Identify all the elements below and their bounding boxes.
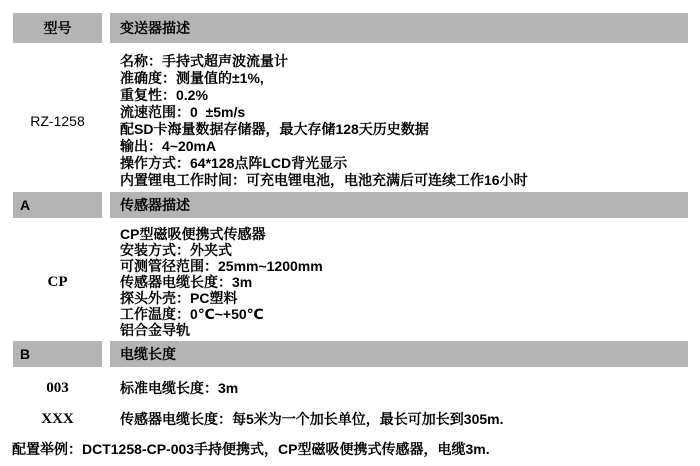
transmitter-desc-line: 流速范围：0 ±5m/s [120, 104, 688, 121]
transmitter-model: RZ-1258 [30, 113, 84, 129]
transmitter-desc-cell: 名称：手持式超声波流量计 准确度：测量值的±1%, 重复性：0.2% 流速范围：… [110, 53, 688, 189]
cable-extended-desc-cell: 传感器电缆长度：每5米为一个加长单位，最长可加长到305m. [110, 411, 688, 428]
sensor-desc-line: 可测管径范围：25mm~1200mm [120, 258, 688, 274]
sensor-desc-line: 铝合金导轨 [120, 322, 688, 338]
cable-length-header-label: 电缆长度 [120, 344, 176, 364]
section-a-code: A [20, 197, 30, 213]
cable-header-row: B 电缆长度 [13, 341, 688, 367]
sensor-desc-cell: CP型磁吸便携式传感器 安装方式：外夹式 可测管径范围：25mm~1200mm … [110, 226, 688, 338]
sensor-model-cell: CP [13, 226, 102, 338]
transmitter-desc-header-cell: 变送器描述 [110, 13, 688, 43]
model-header-cell: 型号 [13, 13, 102, 43]
transmitter-desc-line: 配SD卡海量数据存储器，最大存储128天历史数据 [120, 121, 688, 138]
sensor-desc-header-label: 传感器描述 [120, 195, 190, 215]
section-b-code-cell: B [13, 341, 102, 367]
sensor-row: CP CP型磁吸便携式传感器 安装方式：外夹式 可测管径范围：25mm~1200… [13, 218, 688, 341]
cable-standard-code: 003 [46, 380, 69, 397]
section-a-code-cell: A [13, 192, 102, 218]
transmitter-desc-line: 操作方式：64*128点阵LCD背光显示 [120, 155, 688, 172]
sensor-desc-header-cell: 传感器描述 [110, 192, 688, 218]
cable-standard-row: 003 标准电缆长度：3m [13, 367, 688, 402]
sensor-desc-line: 传感器电缆长度：3m [120, 274, 688, 290]
sensor-desc-line: CP型磁吸便携式传感器 [120, 226, 688, 242]
cable-standard-desc-cell: 标准电缆长度：3m [110, 380, 688, 397]
transmitter-desc-header-label: 变送器描述 [120, 18, 190, 38]
cable-standard-desc: 标准电缆长度：3m [120, 380, 688, 397]
transmitter-row: RZ-1258 名称：手持式超声波流量计 准确度：测量值的±1%, 重复性：0.… [13, 43, 688, 192]
transmitter-desc-line: 准确度：测量值的±1%, [120, 70, 688, 87]
cable-extended-desc: 传感器电缆长度：每5米为一个加长单位，最长可加长到305m. [120, 411, 688, 428]
sensor-desc-line: 探头外壳：PC塑料 [120, 290, 688, 306]
cable-standard-code-cell: 003 [13, 380, 102, 397]
transmitter-desc-line: 输出：4~20mA [120, 138, 688, 155]
section-b-code: B [20, 346, 30, 362]
transmitter-desc-line: 重复性：0.2% [120, 87, 688, 104]
cable-extended-row: XXX 传感器电缆长度：每5米为一个加长单位，最长可加长到305m. [13, 402, 688, 433]
transmitter-header-row: 型号 变送器描述 [13, 13, 688, 43]
sensor-model: CP [48, 274, 68, 291]
cable-extended-code: XXX [41, 411, 74, 428]
transmitter-desc-line: 名称：手持式超声波流量计 [120, 53, 688, 70]
sensor-desc-line: 安装方式：外夹式 [120, 242, 688, 258]
model-header-label: 型号 [44, 18, 72, 38]
sensor-desc-line: 工作温度：0℃~+50℃ [120, 306, 688, 322]
transmitter-model-cell: RZ-1258 [13, 53, 102, 189]
ordering-table: 型号 变送器描述 RZ-1258 名称：手持式超声波流量计 准确度：测量值的±1… [13, 13, 688, 458]
product-spec-sheet: 型号 变送器描述 RZ-1258 名称：手持式超声波流量计 准确度：测量值的±1… [0, 0, 700, 466]
cable-extended-code-cell: XXX [13, 411, 102, 428]
config-example: 配置举例：DCT1258-CP-003手持便携式，CP型磁吸便携式传感器，电缆3… [12, 441, 688, 458]
sensor-header-row: A 传感器描述 [13, 192, 688, 218]
cable-length-header-cell: 电缆长度 [110, 341, 688, 367]
transmitter-desc-line: 内置锂电工作时间：可充电锂电池，电池充满后可连续工作16小时 [120, 172, 688, 189]
